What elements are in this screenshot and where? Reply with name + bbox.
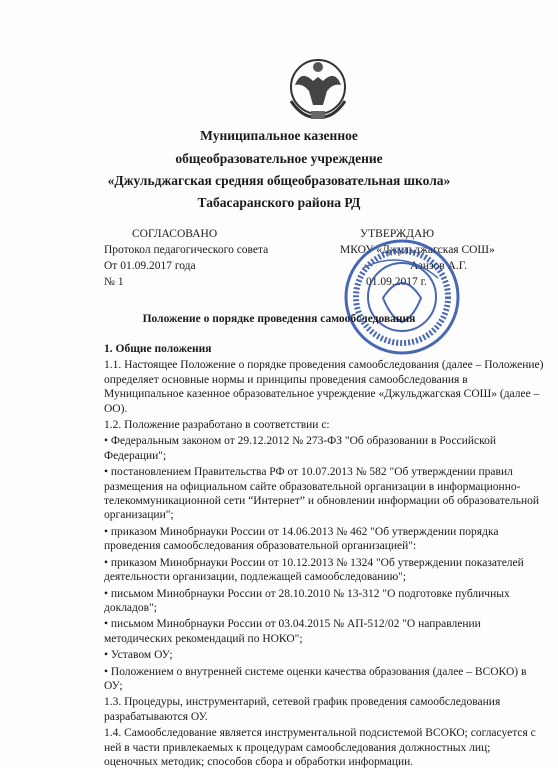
approved-heading: СОГЛАСОВАНО: [104, 226, 268, 242]
section-heading: 1. Общие положения: [104, 342, 544, 356]
list-item: • постановлением Правительства РФ от 10.…: [104, 465, 544, 523]
coat-of-arms-icon: [283, 55, 353, 123]
org-name-line2: общеобразовательное учреждение: [0, 151, 558, 167]
protocol-line: Протокол педагогического совета: [104, 242, 268, 258]
org-name-line1: Муниципальное казенное: [0, 128, 558, 144]
approval-left: СОГЛАСОВАНО Протокол педагогического сов…: [104, 226, 268, 290]
org-name-line4: Табасаранского района РД: [0, 195, 558, 211]
paragraph: 1.1. Настоящее Положение о порядке прове…: [104, 358, 544, 416]
list-item: • Положением о внутренней системе оценки…: [104, 665, 544, 694]
list-item: • Уставом ОУ;: [104, 648, 544, 662]
document-title: Положение о порядке проведения самообсле…: [0, 313, 558, 325]
official-stamp-icon: [343, 238, 461, 356]
document-page: Муниципальное казенное общеобразовательн…: [0, 0, 558, 768]
protocol-date: От 01.09.2017 года: [104, 258, 268, 274]
org-name-line3: «Джульджагская средняя общеобразовательн…: [0, 173, 558, 189]
list-item: • приказом Минобрнауки России от 10.12.2…: [104, 556, 544, 585]
document-body: 1. Общие положения 1.1. Настоящее Положе…: [104, 342, 544, 768]
list-item: • Федеральным законом от 29.12.2012 № 27…: [104, 434, 544, 463]
list-item: • письмом Минобрнауки России от 28.10.20…: [104, 587, 544, 616]
paragraph: 1.2. Положение разработано в соответстви…: [104, 418, 544, 432]
list-item: • приказом Минобрнауки России от 14.06.2…: [104, 525, 544, 554]
protocol-number: № 1: [104, 274, 268, 290]
list-item: • письмом Минобрнауки России от 03.04.20…: [104, 617, 544, 646]
paragraph: 1.3. Процедуры, инструментарий, сетевой …: [104, 695, 544, 724]
paragraph: 1.4. Самообследование является инструмен…: [104, 726, 544, 768]
